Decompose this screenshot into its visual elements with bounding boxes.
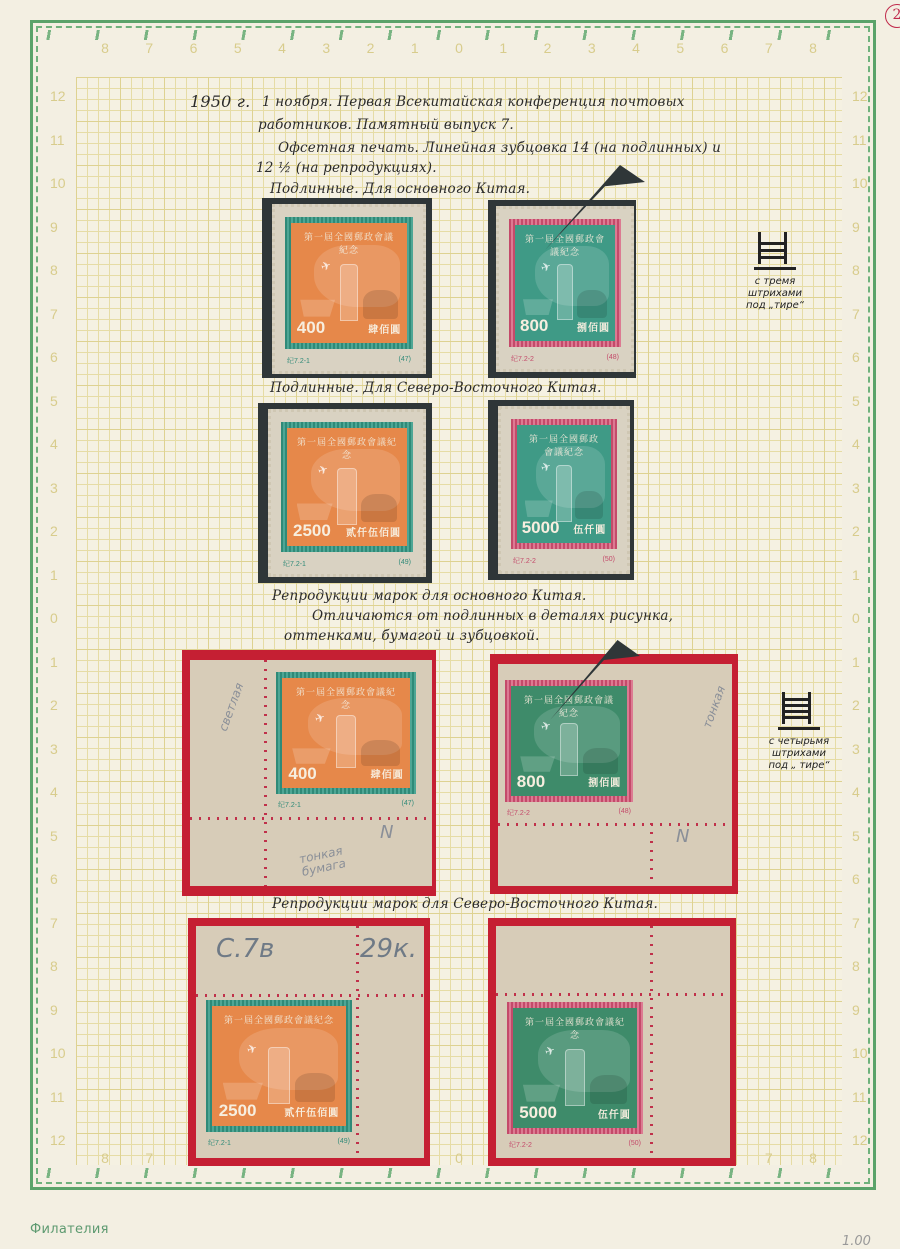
ruler-tick-label: 1 (50, 654, 66, 670)
ruler-tick-label: 8 (50, 262, 66, 278)
stamp-number: (48) (607, 354, 619, 364)
section-subtext-1: Отличаются от подлинных в деталях рисунк… (312, 608, 673, 624)
ruler-tick-label: 4 (50, 784, 66, 800)
stamp-cn-value: 贰仟伍佰圓 (346, 524, 401, 539)
section-heading-1: Подлинные. Для основного Китая. (270, 181, 530, 197)
stamp-code: 纪7.2-2 (509, 1140, 532, 1150)
stamp-value: 800 (520, 316, 548, 336)
section-heading-3: Репродукции марок для основного Китая. (272, 588, 586, 604)
header-line-4: 12 ½ (на репродукциях). (256, 160, 437, 176)
ruler-tick-label: 12 (50, 88, 66, 104)
ruler-tick-label: 4 (852, 784, 868, 800)
frame-band-top (42, 30, 864, 40)
stamp-5000-reproduction[interactable]: 第一屆全國郵政會議紀念 ✈ 5000伍仟圓 纪7.2-2(50) (507, 1002, 643, 1152)
postbox-pillar-icon (336, 715, 356, 768)
pencil-note: N (676, 826, 689, 847)
ruler-tick-label: 8 (98, 40, 112, 56)
postbox-pillar-icon (268, 1047, 289, 1105)
ruler-tick-label: 2 (364, 40, 378, 56)
ruler-tick-label: 12 (852, 88, 868, 104)
ruler-tick-label: 3 (852, 741, 868, 757)
stamp-800-original[interactable]: 第一屆全國郵政會議紀念 ✈ 800捌佰圓 纪7.2-2(48) (496, 206, 634, 372)
stamp-2500-reproduction[interactable]: 第一屆全國郵政會議紀念 ✈ 2500贰仟伍佰圓 纪7.2-1(49) (206, 1000, 352, 1150)
postbox-pillar-icon (340, 264, 359, 322)
ruler-tick-label: 7 (762, 40, 776, 56)
ruler-tick-label: 3 (852, 480, 868, 496)
stamp-cn-value: 捌佰圓 (577, 319, 610, 334)
stamp-cn-value: 肆佰圓 (371, 766, 404, 781)
header-line-2: работников. Памятный выпуск 7. (258, 117, 514, 133)
ruler-tick-label: 8 (806, 40, 820, 56)
pencil-price-note: 1.00 (842, 1234, 871, 1249)
locomotive-icon (295, 1073, 335, 1102)
postbox-pillar-icon (565, 1049, 585, 1107)
ruler-tick-label: 3 (50, 480, 66, 496)
ruler-tick-label: 8 (806, 1150, 820, 1166)
ruler-tick-label: 2 (541, 40, 555, 56)
pencil-note-catalog: С.7в (216, 934, 274, 964)
ruler-tick-label: 7 (852, 915, 868, 931)
ruler-tick-label: 2 (50, 697, 66, 713)
stamp-value: 5000 (519, 1103, 557, 1123)
ruler-tick-label: 12 (852, 1132, 868, 1148)
locomotive-icon (575, 491, 603, 519)
ruler-tick-label: 8 (852, 958, 868, 974)
postbox-pillar-icon (560, 723, 579, 776)
character-detail-three-strokes-icon (754, 232, 796, 272)
ruler-tick-label: 5 (852, 828, 868, 844)
postbox-pillar-icon (556, 465, 571, 522)
ruler-tick-label: 0 (452, 40, 466, 56)
locomotive-icon (361, 740, 399, 766)
ruler-tick-label: 11 (50, 1089, 66, 1105)
postbox-pillar-icon (337, 468, 356, 525)
stamp-code: 纪7.2-1 (208, 1138, 231, 1148)
stamp-number: (47) (402, 800, 414, 810)
stamp-400-original[interactable]: 第一屆全國郵政會議紀念 ✈ 400肆佰圓 纪7.2-1(47) (272, 204, 426, 374)
locomotive-icon (583, 748, 618, 774)
ruler-tick-label: 8 (50, 958, 66, 974)
stamp-800-reproduction[interactable]: 第一屆全國郵政會議紀念 ✈ 800捌佰圓 纪7.2-2(48) (505, 680, 633, 820)
ruler-tick-label: 3 (585, 40, 599, 56)
album-page: 87654321012345678 87654321012345678 1211… (0, 0, 900, 1249)
ruler-tick-label: 6 (187, 40, 201, 56)
page-marker: 2 (885, 4, 900, 28)
ruler-tick-label: 4 (629, 40, 643, 56)
locomotive-icon (577, 290, 607, 318)
ruler-tick-label: 7 (50, 306, 66, 322)
pencil-note-price: 29к. (360, 934, 417, 964)
ruler-tick-label: 10 (852, 175, 868, 191)
ruler-tick-label: 5 (673, 40, 687, 56)
ruler-tick-label: 9 (50, 1002, 66, 1018)
ruler-tick-label: 7 (142, 40, 156, 56)
stamp-number: (47) (399, 356, 411, 366)
header-line-3: Офсетная печать. Линейная зубцовка 14 (н… (278, 140, 721, 156)
perforation-line (190, 817, 432, 820)
ruler-tick-label: 1 (408, 40, 422, 56)
stamp-value: 2500 (219, 1101, 257, 1121)
stamp-code: 纪7.2-2 (513, 556, 536, 566)
ruler-tick-label: 0 (852, 610, 868, 626)
ruler-tick-label: 10 (852, 1045, 868, 1061)
perforation-line (498, 823, 732, 826)
perforation-line (650, 823, 653, 886)
ruler-top: 87654321012345678 (76, 40, 842, 56)
ruler-tick-label: 5 (852, 393, 868, 409)
header-year: 1950 г. (190, 92, 250, 111)
stamp-cn-value: 伍仟圓 (598, 1106, 631, 1121)
stamp-cn-value: 肆佰圓 (368, 321, 401, 336)
stamp-number: (48) (619, 808, 631, 818)
ruler-tick-label: 11 (50, 132, 66, 148)
stamp-5000-original[interactable]: 第一屆全國郵政會議紀念 ✈ 5000伍仟圓 纪7.2-2(50) (498, 406, 630, 574)
stamp-value: 5000 (522, 518, 560, 538)
perforation-line (496, 993, 730, 996)
ruler-tick-label: 2 (852, 697, 868, 713)
perforation-line (356, 926, 359, 1158)
ruler-tick-label: 4 (852, 436, 868, 452)
ruler-tick-label: 2 (50, 523, 66, 539)
ruler-tick-label: 12 (50, 1132, 66, 1148)
stamp-cn-value: 贰仟伍佰圓 (284, 1104, 339, 1119)
ruler-tick-label: 6 (852, 871, 868, 887)
stamp-number: (50) (603, 556, 615, 566)
ruler-right: 1211109876543210123456789101112 (852, 88, 868, 1148)
ruler-tick-label: 7 (50, 915, 66, 931)
ruler-tick-label: 3 (50, 741, 66, 757)
ruler-tick-label: 9 (852, 1002, 868, 1018)
pencil-note: N (380, 822, 393, 843)
stamp-value: 800 (517, 772, 545, 792)
ruler-tick-label: 1 (852, 567, 868, 583)
ruler-tick-label: 10 (50, 1045, 66, 1061)
ruler-tick-label: 5 (50, 828, 66, 844)
side-note-three-strokes: с тремяштрихамипод „тире“ (736, 232, 814, 312)
stamp-number: (49) (338, 1138, 350, 1148)
stamp-number: (50) (629, 1140, 641, 1150)
ruler-tick-label: 6 (50, 871, 66, 887)
side-note-four-strokes: с четырьмяштрихамипод „ тире“ (758, 692, 840, 772)
stamp-value: 2500 (293, 521, 331, 541)
ruler-tick-label: 9 (852, 219, 868, 235)
ruler-tick-label: 5 (50, 393, 66, 409)
perforation-line (196, 994, 424, 997)
ruler-tick-label: 7 (142, 1150, 156, 1166)
stamp-code: 纪7.2-2 (507, 808, 530, 818)
stamp-value: 400 (297, 318, 325, 338)
ruler-tick-label: 1 (50, 567, 66, 583)
ruler-tick-label: 4 (50, 436, 66, 452)
section-subtext-2: оттенками, бумагой и зубцовкой. (284, 628, 540, 644)
locomotive-icon (363, 290, 398, 319)
ruler-tick-label: 7 (852, 306, 868, 322)
stamp-number: (49) (399, 559, 411, 569)
ruler-tick-label: 6 (852, 349, 868, 365)
locomotive-icon (361, 494, 397, 522)
ruler-tick-label: 7 (762, 1150, 776, 1166)
ruler-tick-label: 6 (50, 349, 66, 365)
ruler-tick-label: 8 (852, 262, 868, 278)
stamp-code: 纪7.2-1 (287, 356, 310, 366)
stamp-value: 400 (288, 764, 316, 784)
section-heading-2: Подлинные. Для Северо-Восточного Китая. (270, 380, 602, 396)
stamp-cn-value: 伍仟圓 (573, 521, 606, 536)
ruler-tick-label: 9 (50, 219, 66, 235)
publisher-brand: Филателия (30, 1222, 109, 1237)
ruler-tick-label: 10 (50, 175, 66, 191)
ruler-tick-label: 11 (852, 1089, 868, 1105)
ruler-tick-label: 0 (50, 610, 66, 626)
postbox-pillar-icon (557, 264, 573, 320)
stamp-code: 纪7.2-2 (511, 354, 534, 364)
perforation-line (264, 660, 267, 886)
locomotive-icon (590, 1075, 627, 1104)
stamp-2500-original[interactable]: 第一屆全國郵政會議紀念 ✈ 2500贰仟伍佰圓 纪7.2-1(49) (268, 409, 426, 577)
stamp-title: 第一屆全國郵政會議紀念 (223, 1013, 336, 1026)
ruler-tick-label: 1 (496, 40, 510, 56)
ruler-tick-label: 8 (98, 1150, 112, 1166)
ruler-tick-label: 0 (452, 1150, 466, 1166)
stamp-code: 纪7.2-1 (278, 800, 301, 810)
ruler-tick-label: 3 (319, 40, 333, 56)
perforation-line (650, 926, 653, 1158)
stamp-code: 纪7.2-1 (283, 559, 306, 569)
stamp-cn-value: 捌佰圓 (588, 774, 621, 789)
ruler-tick-label: 11 (852, 132, 868, 148)
stamp-400-reproduction[interactable]: 第一屆全國郵政會議紀念 ✈ 400肆佰圓 纪7.2-1(47) (276, 672, 416, 812)
ruler-left: 1211109876543210123456789101112 (50, 88, 66, 1148)
frame-band-bottom (42, 1168, 864, 1178)
section-heading-4: Репродукции марок для Северо-Восточного … (272, 896, 658, 912)
character-detail-four-strokes-icon (778, 692, 820, 732)
ruler-tick-label: 4 (275, 40, 289, 56)
ruler-tick-label: 5 (231, 40, 245, 56)
ruler-tick-label: 6 (718, 40, 732, 56)
ruler-tick-label: 2 (852, 523, 868, 539)
ruler-tick-label: 1 (852, 654, 868, 670)
header-line-1: 1 ноября. Первая Всекитайская конференци… (262, 94, 685, 110)
